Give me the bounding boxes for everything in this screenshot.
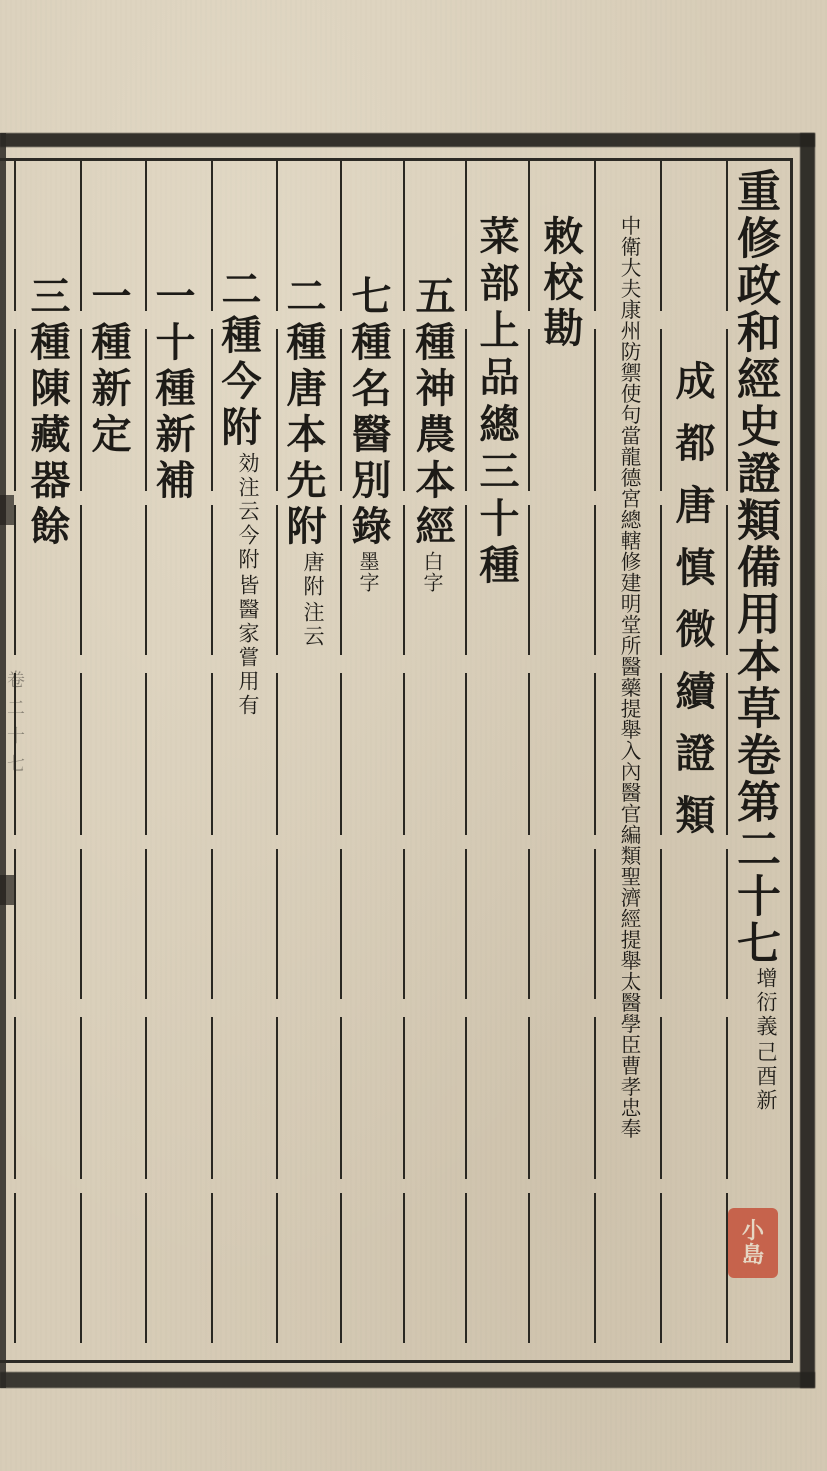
inner-frame-top [0,158,793,161]
entry-mingyi: 七種名醫別錄墨字 [348,275,388,593]
outer-frame-right [800,133,815,1388]
entry-main: 七種名醫別錄 [345,275,392,551]
column-rule [80,161,82,1360]
entry-chencangqi: 三種陳藏器餘 [27,275,67,551]
official-annotation: 中衛大夫康州防禦使句當龍德宮總轄修建明堂所醫藥提舉入內醫官編類聖濟經提舉太醫學臣… [617,215,641,1139]
entry-note: 皆醫家嘗用有効注云今附 [237,452,258,718]
note-line-2: 効注云今附 [237,452,258,572]
fold-mark [0,495,14,525]
annotation-line-1: 己酉新 [755,1041,776,1113]
entry-note: 白字 [420,551,444,593]
inner-frame-right [790,158,793,1363]
outer-frame-top [0,133,815,147]
entry-xinding: 一種新定 [88,275,128,459]
column-rule [145,161,147,1360]
column-rule [726,161,728,1360]
seal-char-bottom: 島 [742,1243,764,1267]
column-rule [211,161,213,1360]
column-rule [465,161,467,1360]
column-rule [403,161,405,1360]
collector-seal: 小 島 [728,1208,778,1278]
note-line-1: 皆醫家嘗用有 [237,574,258,718]
book-title: 重修政和經史證類備用本草卷第二十七 [729,168,780,967]
column-rule [594,161,596,1360]
entry-jinfu: 二種今附皆醫家嘗用有効注云今附 [218,268,258,718]
column-rule [528,161,530,1360]
note-line-2: 唐附 [302,551,323,599]
entry-tangben: 二種唐本先附注云唐附 [283,275,323,649]
entry-xinbu: 一十種新補 [152,275,192,505]
entry-main: 二種唐本先附 [280,275,327,551]
entry-shennong: 五種神農本經白字 [412,275,452,593]
outer-frame-bottom [0,1372,815,1388]
inner-frame-bottom [0,1360,793,1363]
annotation-line-2: 增衍義 [755,967,776,1039]
note-line-1: 注云 [302,601,323,649]
seal-char-top: 小 [742,1219,764,1243]
author-column: 成都唐慎微續證類 [672,360,712,856]
fold-mark [0,875,14,905]
collation-column: 敕校勘 [540,215,580,353]
title-column: 重修政和經史證類備用本草卷第二十七己酉新增衍義 [732,168,776,1113]
entry-note: 墨字 [356,551,380,593]
entry-main: 五種神農本經 [409,275,456,551]
column-rule [660,161,662,1360]
official-title-column: 中衛大夫康州防禦使句當龍德宮總轄修建明堂所醫藥提舉入內醫官編類聖濟經提舉太醫學臣… [604,215,654,1139]
book-page: 卷二十七 重修政和經史證類備用本草卷第二十七己酉新增衍義 成都唐慎微續證類 中衛… [0,0,827,1471]
fold-chapter-label: 卷二十七 [1,670,27,782]
column-rule [276,161,278,1360]
section-heading: 菜部上品總三十種 [476,215,516,591]
column-rule [340,161,342,1360]
entry-main: 二種今附 [215,268,262,452]
title-annotation: 己酉新增衍義 [755,967,776,1113]
entry-note: 注云唐附 [302,551,323,649]
